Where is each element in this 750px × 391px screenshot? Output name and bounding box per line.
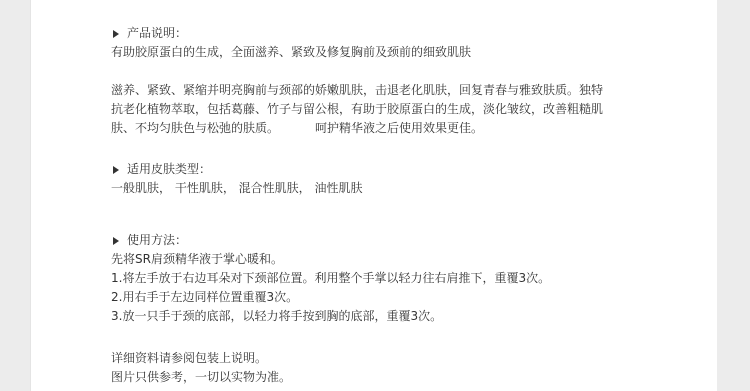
description-line: 抗老化植物萃取，包括葛藤、竹子与留公根，有助于胶原蛋白的生成，淡化皱纹，改善粗糙… [111, 100, 711, 119]
product-description-section: 产品说明： 有助胶原蛋白的生成，全面滋养、紧致及修复胸前及颈前的细致肌肤 滋养、… [111, 24, 711, 138]
skin-types-text: 一般肌肤， 干性肌肤， 混合性肌肤， 油性肌肤 [111, 179, 711, 198]
section-heading: 使用方法： [111, 231, 711, 250]
usage-step: 2.用右手于左边同样位置重覆3次。 [111, 288, 711, 307]
description-line-text: 肤、不均匀肤色与松弛的肤质。 [111, 121, 279, 135]
triangle-bullet-icon [113, 166, 119, 174]
footer-note: 图片只供参考，一切以实物为准。 [111, 368, 711, 387]
heading-text: 产品说明： [127, 24, 187, 43]
footer-notes: 详细资料请参阅包装上说明。 图片只供参考，一切以实物为准。 [111, 349, 711, 387]
usage-step: 1.将左手放于右边耳朵对下颈部位置。利用整个手掌以轻力往右肩推下，重覆3次。 [111, 269, 711, 288]
description-line: 肤、不均匀肤色与松弛的肤质。呵护精华液之后使用效果更佳。 [111, 119, 711, 138]
section-heading: 产品说明： [111, 24, 711, 43]
footer-note: 详细资料请参阅包装上说明。 [111, 349, 711, 368]
heading-text: 使用方法： [127, 231, 187, 250]
triangle-bullet-icon [113, 237, 119, 245]
description-summary: 有助胶原蛋白的生成，全面滋养、紧致及修复胸前及颈前的细致肌肤 [111, 43, 711, 62]
usage-section: 使用方法： 先将SR肩颈精华液于掌心暖和。 1.将左手放于右边耳朵对下颈部位置。… [111, 231, 711, 326]
description-line-tail: 呵护精华液之后使用效果更佳。 [315, 121, 483, 135]
heading-text: 适用皮肤类型： [127, 160, 211, 179]
skin-types-section: 适用皮肤类型： 一般肌肤， 干性肌肤， 混合性肌肤， 油性肌肤 [111, 160, 711, 198]
section-heading: 适用皮肤类型： [111, 160, 711, 179]
usage-step: 3.放一只手于颈的底部，以轻力将手按到胸的底部，重覆3次。 [111, 307, 711, 326]
triangle-bullet-icon [113, 30, 119, 38]
description-line: 滋养、紧致、紧缩并明亮胸前与颈部的娇嫩肌肤，击退老化肌肤，回复青春与雅致肤质。独… [111, 81, 711, 100]
usage-step: 先将SR肩颈精华液于掌心暖和。 [111, 250, 711, 269]
product-detail-page: 产品说明： 有助胶原蛋白的生成，全面滋养、紧致及修复胸前及颈前的细致肌肤 滋养、… [30, 0, 717, 391]
